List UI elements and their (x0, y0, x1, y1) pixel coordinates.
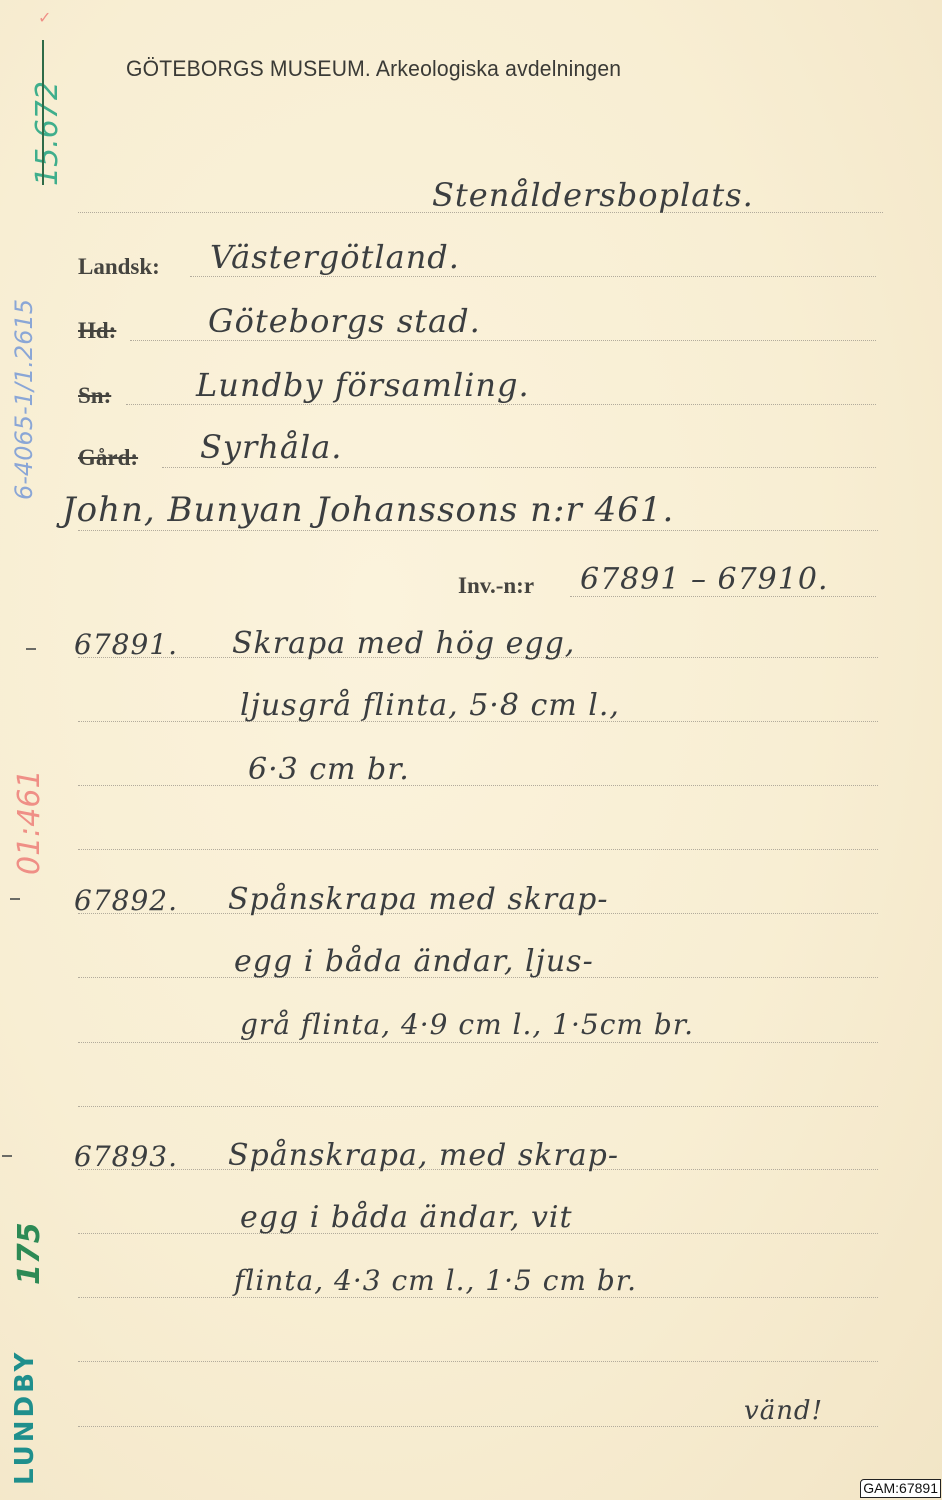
field-value-landsk: Västergötland. (210, 238, 460, 276)
owner-line: John, Bunyan Johanssons n:r 461. (62, 490, 674, 530)
dotted-rule (78, 1361, 878, 1362)
entry-line: Spånskrapa, med skrap- (228, 1138, 619, 1173)
card-header: GÖTEBORGS MUSEUM. Arkeologiska avdelning… (126, 56, 621, 82)
site-type: Stenåldersboplats. (432, 176, 754, 214)
dotted-rule (130, 340, 876, 341)
field-label-gard: Gård: (78, 445, 138, 471)
entry-line: flinta, 4·3 cm l., 1·5 cm br. (234, 1264, 637, 1297)
dotted-rule (78, 1042, 878, 1043)
field-label-landsk: Landsk: (78, 254, 160, 280)
field-value-hd: Göteborgs stad. (208, 302, 481, 340)
strike-line (42, 40, 44, 185)
field-value-gard: Syrhåla. (200, 428, 342, 466)
dotted-rule (78, 785, 878, 786)
red-check-mark: ✓ (38, 8, 51, 27)
entry-line: ljusgrå flinta, 5·8 cm l., (240, 688, 620, 723)
blue-margin-number: 6-4065-1/1.2615 (10, 299, 38, 500)
catalog-card: GÖTEBORGS MUSEUM. Arkeologiska avdelning… (0, 0, 942, 1500)
entry-line: Spånskrapa med skrap- (228, 882, 608, 917)
dotted-rule (126, 404, 876, 405)
inventory-label: Inv.-n:r (458, 573, 534, 599)
institution-name: GÖTEBORGS MUSEUM. (126, 56, 371, 81)
stamp-number: 175 (12, 1222, 47, 1285)
inventory-range: 67891 – 67910. (580, 562, 828, 597)
entry-line: grå flinta, 4·9 cm l., 1·5cm br. (240, 1008, 694, 1041)
department-name: Arkeologiska avdelningen (376, 56, 621, 81)
field-label-sn: Sn: (78, 383, 111, 409)
dotted-rule (78, 530, 878, 531)
field-label-hd: Hd: (78, 318, 116, 344)
dotted-rule (190, 276, 876, 277)
dotted-rule (78, 1297, 878, 1298)
dotted-rule (78, 1426, 878, 1427)
tick-mark (26, 648, 36, 650)
turn-over-note: vänd! (744, 1396, 823, 1426)
field-value-sn: Lundby församling. (196, 366, 530, 404)
tick-mark (2, 1155, 12, 1157)
tick-mark (10, 898, 20, 900)
entry-line: Skrapa med hög egg, (232, 626, 575, 661)
red-margin-number: 01:461 (12, 769, 47, 875)
lundby-stamp: LUNDBY (10, 1350, 40, 1485)
entry-line: egg i båda ändar, vit (240, 1200, 573, 1235)
entry-line: 6·3 cm br. (248, 752, 410, 787)
dotted-rule (78, 849, 878, 850)
dotted-rule (78, 1106, 878, 1107)
entry-line: egg i båda ändar, ljus- (234, 944, 594, 979)
catalog-id-label: GAM:67891 (860, 1479, 941, 1498)
dotted-rule (162, 467, 876, 468)
green-margin-number: 15.672 (30, 81, 65, 186)
